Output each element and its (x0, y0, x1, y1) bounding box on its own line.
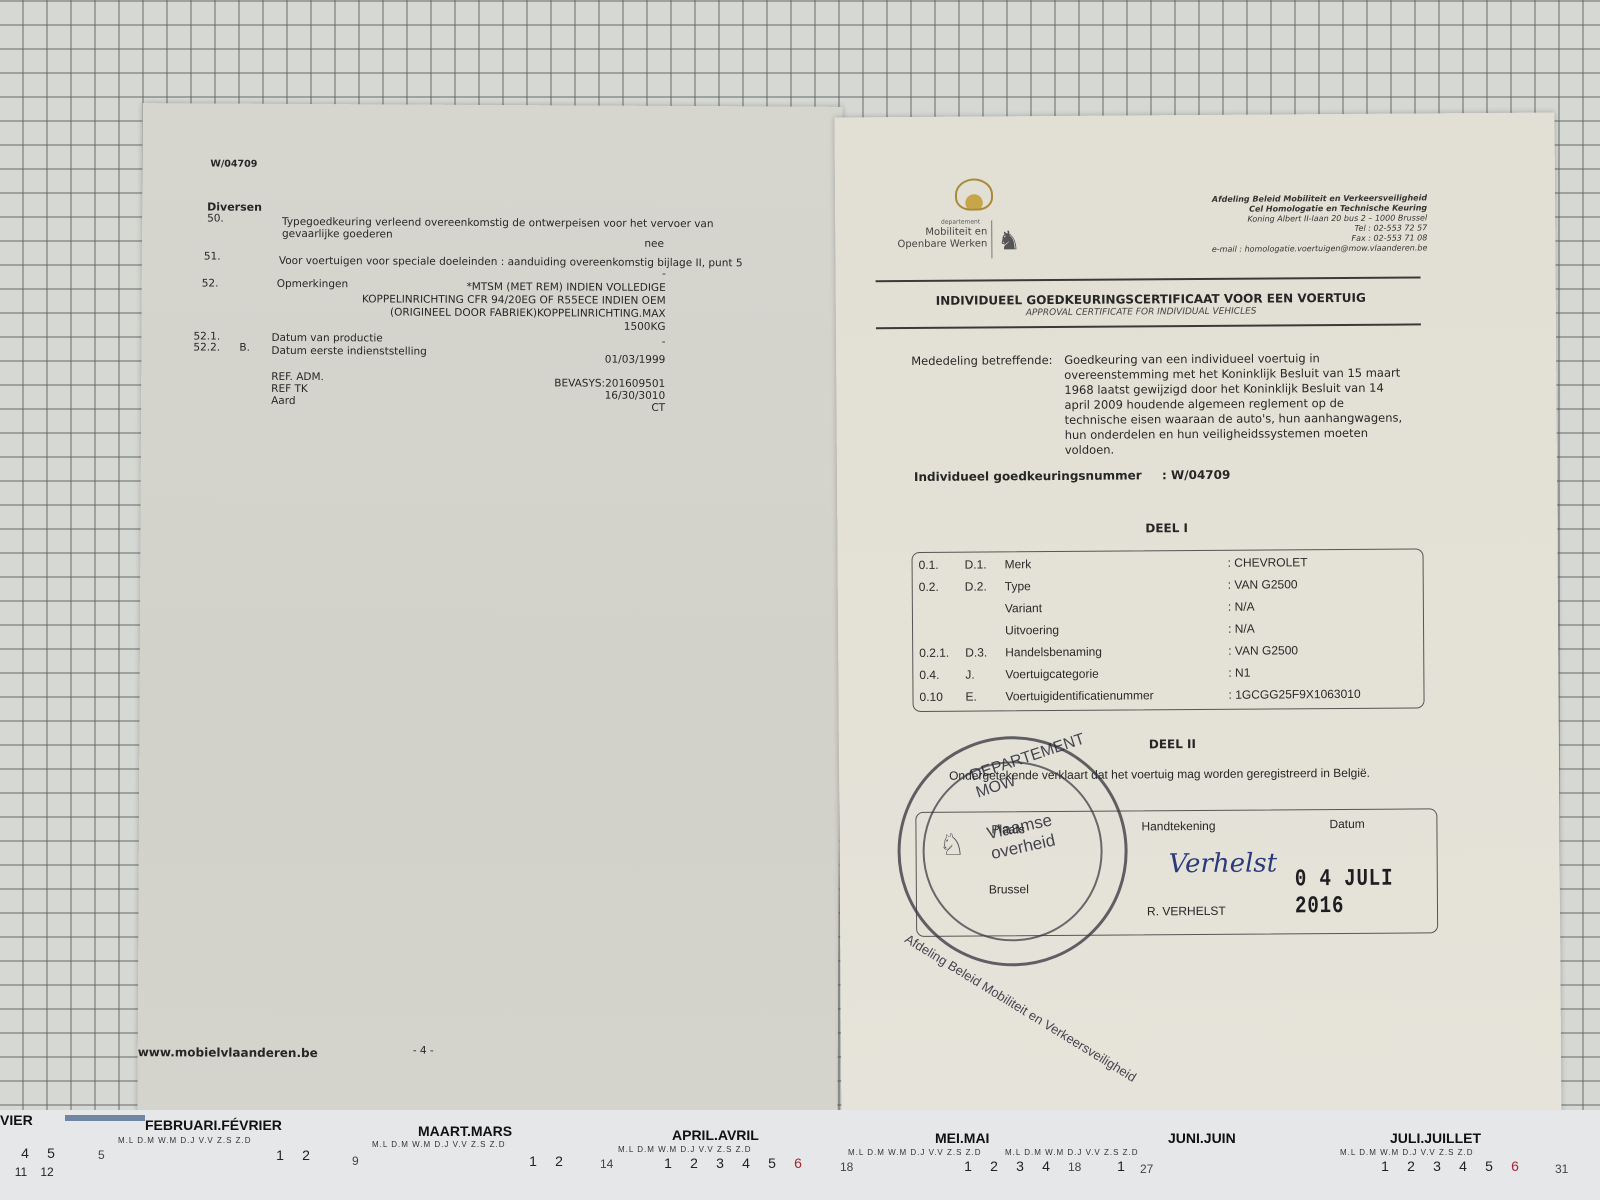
mededeling-label: Mededeling betreffende: (911, 353, 1052, 368)
cal-may-row1: 1234 (955, 1158, 1059, 1174)
cal-may-week: 18 (840, 1160, 853, 1174)
cal-aug-week: 31 (1555, 1162, 1568, 1176)
address-block: Afdeling Beleid Mobiliteit en Verkeersve… (1211, 193, 1427, 255)
certificate-subtitle: APPROVAL CERTIFICATE FOR INDIVIDUAL VEHI… (1026, 307, 1257, 319)
logo-dept-name: Mobiliteit en Openbare Werken (897, 226, 987, 251)
ref-number: W/04709 (210, 159, 257, 170)
cal-jun-row1: 1 (1108, 1158, 1134, 1174)
deel1-title: DEEL I (1145, 521, 1188, 535)
item-51-value: - (662, 268, 666, 280)
title-rule-top (876, 276, 1421, 282)
cal-jul-days: M.L D.M W.M D.J V.V Z.S Z.D (1340, 1148, 1474, 1157)
cal-month-jan: VIER (0, 1112, 33, 1128)
approval-number-value: : W/04709 (1162, 468, 1230, 482)
cal-apr-days: M.L D.M W.M D.J V.V Z.S Z.D (618, 1145, 752, 1154)
page-number: - 4 - (413, 1045, 434, 1057)
wall-calendar: VIER 45 1112 FEBRUARI.FÉVRIER M.L D.M W.… (0, 1110, 1600, 1200)
cal-jun-week: 18 (1068, 1160, 1081, 1174)
cal-feb-days: M.L D.M W.M D.J V.V Z.S Z.D (118, 1136, 252, 1145)
datum-label: Datum (1329, 817, 1364, 831)
certificate-page-right: departement Mobiliteit en Openbare Werke… (834, 112, 1561, 1132)
cal-month-mar: MAART.MARS (418, 1123, 512, 1139)
official-stamp: DEPARTEMENT MOW Afdeling Beleid Mobilite… (897, 735, 1129, 967)
cal-month-feb: FEBRUARI.FÉVRIER (145, 1117, 282, 1133)
item-52-2-text: Datum eerste indienststelling (271, 345, 427, 358)
stamp-lion-icon: ♘ (938, 828, 965, 863)
datum-value: 0 4 JULI 2016 (1295, 866, 1409, 921)
deel2-title: DEEL II (1149, 737, 1196, 751)
cal-jul-row1: 123456 (1372, 1158, 1528, 1174)
item-52-num: 52. (202, 277, 219, 289)
certificate-page-left: W/04709 Diversen 50. Typegoedkeuring ver… (137, 103, 842, 1132)
cal-jan-row2: 1112 (8, 1165, 60, 1179)
item-50-text2: gevaarlijke goederen (282, 228, 393, 241)
cal-month-jul: JULI.JUILLET (1390, 1130, 1481, 1146)
approval-number-label: Individueel goedkeuringsnummer (914, 468, 1142, 484)
footer-url: www.mobielvlaanderen.be (138, 1045, 318, 1060)
handtekening-label: Handtekening (1141, 819, 1215, 834)
table-row: 0.10 E. Voertuigidentificatienummer : 1G… (913, 686, 1423, 712)
item-52-1-text: Datum van productie (271, 332, 382, 345)
logo-divider (991, 220, 992, 258)
certificate-title: INDIVIDUEEL GOEDKEURINGSCERTIFICAAT VOOR… (936, 291, 1366, 308)
item-52-2-value: 01/03/1999 (605, 354, 666, 366)
cal-jul-week: 27 (1140, 1162, 1153, 1176)
stamp-bottom-text: Afdeling Beleid Mobiliteit en Verkeersve… (902, 931, 1139, 1085)
item-51-num: 51. (204, 250, 221, 262)
cal-apr-row1: 123456 (655, 1155, 811, 1171)
logo-dept-small: departement (941, 219, 980, 226)
item-52-text: Opmerkingen (277, 278, 348, 290)
signature-scrawl: Verhelst (1169, 848, 1278, 879)
item-50-num: 50. (207, 213, 224, 225)
cal-mar-days: M.L D.M W.M D.J V.V Z.S Z.D (372, 1140, 506, 1149)
item-52-2-num: 52.2. (193, 341, 220, 353)
cal-month-apr: APRIL.AVRIL (672, 1127, 759, 1143)
item-52-2-code: B. (239, 342, 250, 354)
cal-jun-days: M.L D.M W.M D.J V.V Z.S Z.D (1005, 1148, 1139, 1157)
item-52-remarks: *MTSM (MET REM) INDIEN VOLLEDIGE KOPPELI… (362, 280, 666, 334)
calendar-accent-bar (65, 1115, 145, 1121)
item-51-text: Voor voertuigen voor speciale doeleinden… (279, 255, 743, 269)
cal-feb-row1: 12 (267, 1147, 319, 1163)
flemish-lion-icon: ♞ (997, 226, 1033, 256)
cal-mar-row1: 12 (520, 1153, 572, 1169)
cal-feb-week: 5 (98, 1148, 105, 1162)
cal-apr-week: 14 (600, 1157, 613, 1171)
vehicle-details-table: 0.1. D.1. Merk : CHEVROLET 0.2. D.2. Typ… (912, 548, 1425, 712)
ref-labels: REF. ADM. REF TK Aard (271, 371, 324, 407)
cal-mar-week: 9 (352, 1154, 359, 1168)
mededeling-text: Goedkeuring van een individueel voertuig… (1064, 351, 1402, 458)
item-52-1-value: - (662, 336, 666, 348)
mow-logo-icon (955, 178, 993, 210)
signer-name: R. VERHELST (1147, 904, 1226, 919)
title-rule-bottom (876, 323, 1421, 329)
cal-month-may: MEI.MAI (935, 1130, 989, 1146)
cal-may-days: M.L D.M W.M D.J V.V Z.S Z.D (848, 1148, 982, 1157)
item-50-value: nee (644, 238, 664, 250)
ref-values: BEVASYS:201609501 16/30/3010 CT (554, 377, 665, 414)
cal-jan-row1: 45 (12, 1145, 64, 1161)
cal-month-jun: JUNI.JUIN (1168, 1130, 1236, 1146)
